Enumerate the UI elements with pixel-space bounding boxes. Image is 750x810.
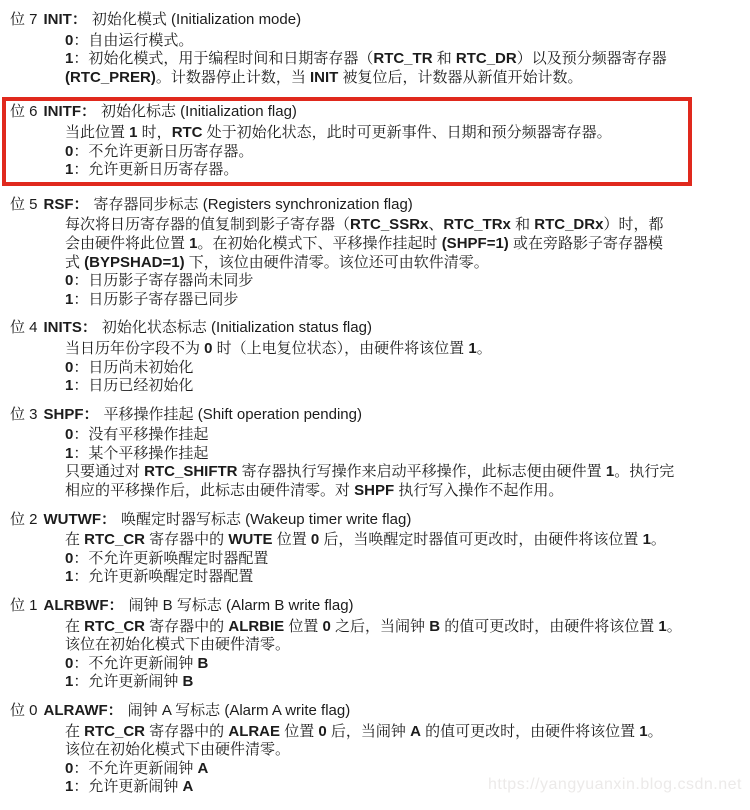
bit-title: 初始化模式 (Initialization mode) (92, 11, 301, 28)
description-line: 0：日历影子寄存器尚未同步 (0, 272, 750, 291)
bit-name: INITS： (44, 319, 97, 336)
bit3-heading: 位 3SHPF：平移操作挂起 (Shift operation pending) (0, 406, 750, 425)
description-line: 0：自由运行模式。 (0, 32, 750, 51)
bit-title: 寄存器同步标志 (Registers synchronization flag) (94, 196, 413, 213)
description-line: 1：允许更新闹钟 B (0, 673, 750, 692)
bit-number: 位 0 (10, 702, 38, 719)
bit-title: 闹钟 B 写标志 (Alarm B write flag) (129, 597, 354, 614)
description-line: 0：不允许更新日历寄存器。 (6, 143, 688, 162)
description-line: 0：日历尚未初始化 (0, 359, 750, 378)
description-line: 式 (BYPSHAD=1) 下，该位由硬件清零。该位还可由软件清零。 (0, 254, 750, 273)
bit-title: 初始化状态标志 (Initialization status flag) (102, 319, 372, 336)
description-line: 1：日历已经初始化 (0, 377, 750, 396)
bit-name: INITF： (44, 103, 97, 120)
bit3-section: 位 3SHPF：平移操作挂起 (Shift operation pending)… (0, 406, 750, 501)
bit6-section: 位 6INITF：初始化标志 (Initialization flag) 当此位… (6, 103, 688, 179)
description-line: 在 RTC_CR 寄存器中的 ALRBIE 位置 0 之后，当闹钟 B 的值可更… (0, 618, 750, 637)
description-line: (RTC_PRER)。计数器停止计数，当 INIT 被复位后，计数器从新值开始计… (0, 69, 750, 88)
description-line: 1：某个平移操作挂起 (0, 445, 750, 464)
bit1-heading: 位 1ALRBWF：闹钟 B 写标志 (Alarm B write flag) (0, 597, 750, 616)
description-line: 0：不允许更新闹钟 B (0, 655, 750, 674)
bit-number: 位 1 (10, 597, 38, 614)
description-line: 当日历年份字段不为 0 时（上电复位状态），由硬件将该位置 1。 (0, 340, 750, 359)
bit-title: 唤醒定时器写标志 (Wakeup timer write flag) (121, 511, 411, 528)
bit-title: 平移操作挂起 (Shift operation pending) (104, 406, 362, 423)
description-line: 该位在初始化模式下由硬件清零。 (0, 741, 750, 760)
bit-number: 位 2 (10, 511, 38, 528)
bit5-section: 位 5RSF：寄存器同步标志 (Registers synchronizatio… (0, 196, 750, 310)
bit-name: SHPF： (44, 406, 99, 423)
bit4-section: 位 4INITS：初始化状态标志 (Initialization status … (0, 319, 750, 395)
description-line: 1：允许更新唤醒定时器配置 (0, 568, 750, 587)
description-line: 在 RTC_CR 寄存器中的 WUTE 位置 0 后，当唤醒定时器值可更改时，由… (0, 531, 750, 550)
description-line: 会由硬件将此位置 1。在初始化模式下、平移操作挂起时 (SHPF=1) 或在旁路… (0, 235, 750, 254)
description-line: 1：日历影子寄存器已同步 (0, 291, 750, 310)
bit-title: 闹钟 A 写标志 (Alarm A write flag) (128, 702, 351, 719)
bit0-heading: 位 0ALRAWF：闹钟 A 写标志 (Alarm A write flag) (0, 702, 750, 721)
description-line: 1：初始化模式，用于编程时间和日期寄存器（RTC_TR 和 RTC_DR）以及预… (0, 50, 750, 69)
bit2-section: 位 2WUTWF：唤醒定时器写标志 (Wakeup timer write fl… (0, 511, 750, 587)
bit-number: 位 7 (10, 11, 38, 28)
register-doc-page: 位 7INIT：初始化模式 (Initialization mode) 0：自由… (0, 0, 750, 810)
description-line: 该位在初始化模式下由硬件清零。 (0, 636, 750, 655)
bit1-section: 位 1ALRBWF：闹钟 B 写标志 (Alarm B write flag) … (0, 597, 750, 692)
bit-number: 位 5 (10, 196, 38, 213)
description-line: 相应的平移操作后，此标志由硬件清零。对 SHPF 执行写入操作不起作用。 (0, 482, 750, 501)
highlight-box: 位 6INITF：初始化标志 (Initialization flag) 当此位… (2, 97, 692, 185)
description-line: 每次将日历寄存器的值复制到影子寄存器（RTC_SSRx、RTC_TRx 和 RT… (0, 216, 750, 235)
blog-watermark: https://yangyuanxin.blog.csdn.net (488, 776, 742, 795)
description-line: 1：允许更新日历寄存器。 (6, 161, 688, 180)
bit-number: 位 3 (10, 406, 38, 423)
description-line: 当此位置 1 时，RTC 处于初始化状态，此时可更新事件、日期和预分频器寄存器。 (6, 124, 688, 143)
bit-title: 初始化标志 (Initialization flag) (101, 103, 297, 120)
bit-name: RSF： (44, 196, 89, 213)
bit4-heading: 位 4INITS：初始化状态标志 (Initialization status … (0, 319, 750, 338)
bit-name: ALRBWF： (44, 597, 124, 614)
bit7-heading: 位 7INIT：初始化模式 (Initialization mode) (0, 11, 750, 30)
bit2-heading: 位 2WUTWF：唤醒定时器写标志 (Wakeup timer write fl… (0, 511, 750, 530)
bit-number: 位 6 (10, 103, 38, 120)
bit-name: WUTWF： (44, 511, 116, 528)
bit5-heading: 位 5RSF：寄存器同步标志 (Registers synchronizatio… (0, 196, 750, 215)
description-line: 0：没有平移操作挂起 (0, 426, 750, 445)
bit-number: 位 4 (10, 319, 38, 336)
description-line: 0：不允许更新唤醒定时器配置 (0, 550, 750, 569)
description-line: 只要通过对 RTC_SHIFTR 寄存器执行写操作来启动平移操作，此标志便由硬件… (0, 463, 750, 482)
description-line: 在 RTC_CR 寄存器中的 ALRAE 位置 0 后，当闹钟 A 的值可更改时… (0, 723, 750, 742)
bit-name: INIT： (44, 11, 87, 28)
bit-name: ALRAWF： (44, 702, 123, 719)
bit7-section: 位 7INIT：初始化模式 (Initialization mode) 0：自由… (0, 11, 750, 87)
bit6-heading: 位 6INITF：初始化标志 (Initialization flag) (6, 103, 688, 122)
